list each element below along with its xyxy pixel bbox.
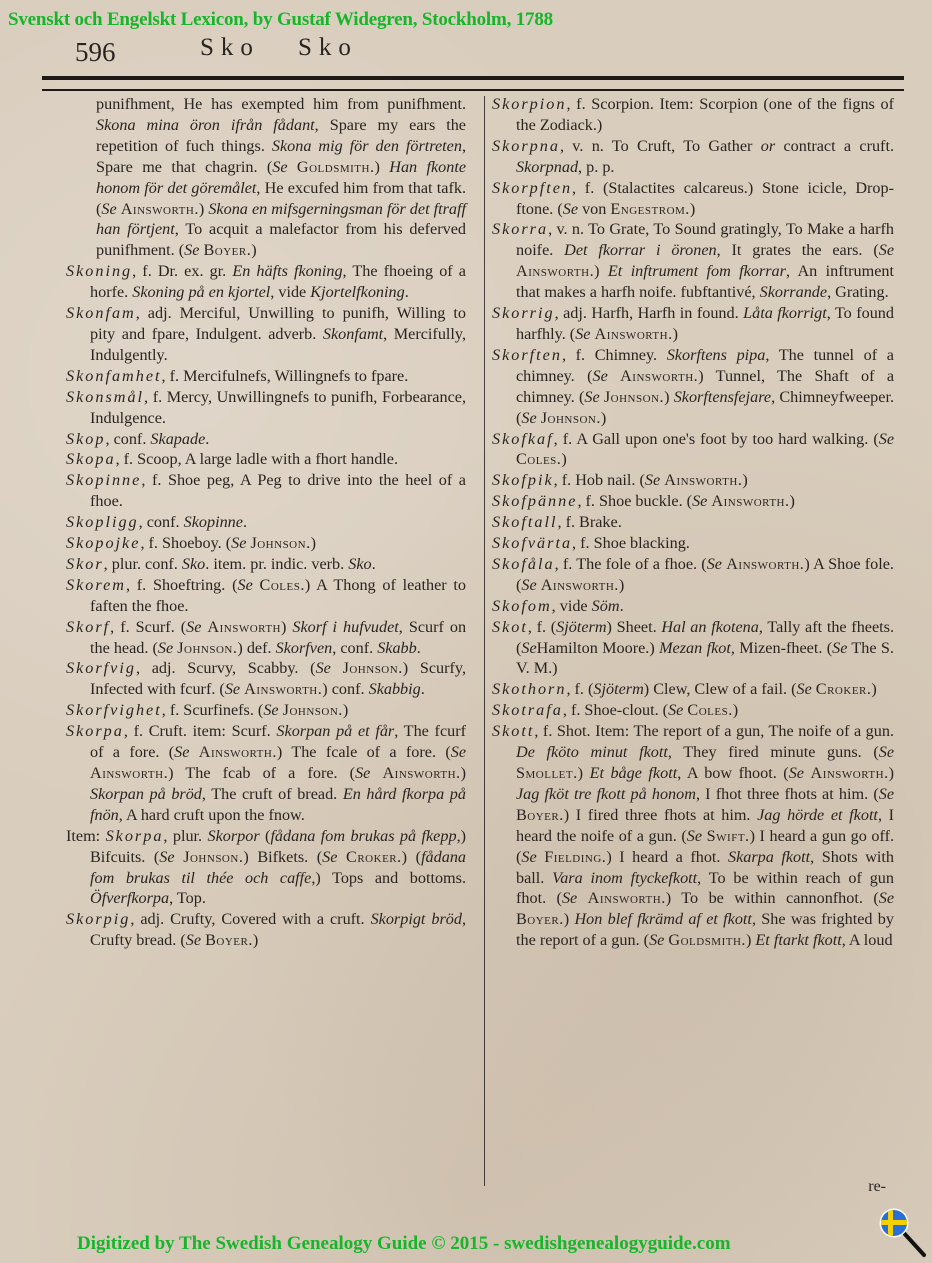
- entry-definition: , vide Söm.: [552, 597, 624, 615]
- headword: Skofåla: [492, 555, 555, 573]
- dictionary-entry: Skopa, f. Scoop, A large ladle with a fh…: [66, 449, 466, 470]
- entry-definition: , v. n. To Grate, To Sound gratingly, To…: [516, 220, 894, 301]
- catchword: re-: [868, 1178, 886, 1196]
- entry-definition: , f. Chimney. Skorftens pipa, The tunnel…: [516, 346, 894, 427]
- entry-definition: , f. Scoop, A large ladle with a fhort h…: [116, 450, 398, 468]
- headword: Skot: [492, 618, 528, 636]
- entry-definition: , plur. conf. Sko. item. pr. indic. verb…: [104, 555, 376, 573]
- dictionary-entry: Skorften, f. Chimney. Skorftens pipa, Th…: [492, 345, 894, 429]
- headword: Skorpa: [66, 722, 124, 740]
- dictionary-entry: Skofåla, f. The fole of a fhoe. (Se Ains…: [492, 554, 894, 596]
- entry-definition: , f. The fole of a fhoe. (Se Ainsworth.)…: [516, 555, 894, 594]
- dictionary-entry: Skorpion, f. Scorpion. Item: Scorpion (o…: [492, 94, 894, 136]
- entry-definition: , f. Shoe-clout. (Se Coles.): [563, 701, 738, 719]
- headword: Skorem: [66, 576, 126, 594]
- headword: Skofkaf: [492, 430, 554, 448]
- entry-definition: , f. Dr. ex. gr. En häfts fkoning, The f…: [90, 262, 466, 301]
- running-head-right-word: Sko: [298, 34, 358, 62]
- headword: Skopa: [66, 450, 116, 468]
- entry-definition: , conf. Skopinne.: [139, 513, 247, 531]
- dictionary-entry: Skofom, vide Söm.: [492, 596, 894, 617]
- entry-definition: , f. Mercifulnefs, Willingnefs to fpare.: [162, 367, 409, 385]
- dictionary-entry: Skoning, f. Dr. ex. gr. En häfts fkoning…: [66, 261, 466, 303]
- dictionary-entry: Skor, plur. conf. Sko. item. pr. indic. …: [66, 554, 466, 575]
- dictionary-entry: Skopligg, conf. Skopinne.: [66, 512, 466, 533]
- headword: Skorf: [66, 618, 110, 636]
- entry-definition: punifhment, He has exempted him from pun…: [96, 95, 466, 259]
- page-number: 596: [75, 37, 116, 68]
- headword: Skorpften: [492, 179, 572, 197]
- headword: Skofom: [492, 597, 552, 615]
- entry-definition: , f. Hob nail. (Se Ainsworth.): [554, 471, 748, 489]
- swedish-magnifier-logo-icon: [878, 1207, 928, 1259]
- headword: Skorra: [492, 220, 548, 238]
- headword: Skonfamhet: [66, 367, 162, 385]
- entry-definition: , f. Mercy, Unwillingnefs to punifh, For…: [90, 388, 466, 427]
- entry-definition: , adj. Crufty, Covered with a cruft. Sko…: [90, 910, 466, 949]
- headword: Skofpänne: [492, 492, 577, 510]
- dictionary-entry: Skoftall, f. Brake.: [492, 512, 894, 533]
- headword: Skorften: [492, 346, 562, 364]
- headword: Skonfam: [66, 304, 136, 322]
- headword: Skofpik: [492, 471, 554, 489]
- dictionary-entry: Skorem, f. Shoeftring. (Se Coles.) A Tho…: [66, 575, 466, 617]
- entry-definition: , v. n. To Cruft, To Gather or contract …: [516, 137, 894, 176]
- entry-definition: , adj. Scurvy, Scabby. (Se Johnson.) Scu…: [90, 659, 466, 698]
- entry-definition: , f. Shoeftring. (Se Coles.) A Thong of …: [90, 576, 466, 615]
- entry-definition: , f. (Stalactites calcareus.) Stone icic…: [516, 179, 894, 218]
- dictionary-entry: Skothorn, f. (Sjöterm) Clew, Clew of a f…: [492, 679, 894, 700]
- dictionary-entry: punifhment, He has exempted him from pun…: [66, 94, 466, 261]
- headword: Skop: [66, 430, 105, 448]
- headword: Skorpion: [492, 95, 566, 113]
- headword: Skonsmål: [66, 388, 144, 406]
- headword: Skorfvighet: [66, 701, 162, 719]
- headword: Skoftall: [492, 513, 557, 531]
- dictionary-entry: Skorpna, v. n. To Cruft, To Gather or co…: [492, 136, 894, 178]
- dictionary-entry: Skopinne, f. Shoe peg, A Peg to drive in…: [66, 470, 466, 512]
- source-banner: Svenskt och Engelskt Lexicon, by Gustaf …: [8, 9, 553, 31]
- headword: Skoning: [66, 262, 132, 280]
- dictionary-entry: Skorpa, f. Cruft. item: Scurf. Skorpan p…: [66, 721, 466, 826]
- column-divider: [484, 96, 485, 1186]
- headword: Skorpa: [106, 827, 164, 845]
- running-head-left-word: Sko: [200, 34, 260, 62]
- dictionary-entry: Skott, f. Shot. Item: The report of a gu…: [492, 721, 894, 951]
- dictionary-entry: Skofkaf, f. A Gall upon one's foot by to…: [492, 429, 894, 471]
- entry-prefix: Item:: [66, 827, 106, 845]
- headword: Skott: [492, 722, 534, 740]
- headword: Skopojke: [66, 534, 140, 552]
- left-column: punifhment, He has exempted him from pun…: [66, 94, 466, 951]
- dictionary-entry: Skorra, v. n. To Grate, To Sound grating…: [492, 219, 894, 303]
- right-column: Skorpion, f. Scorpion. Item: Scorpion (o…: [492, 94, 894, 951]
- headword: Skothorn: [492, 680, 566, 698]
- dictionary-entry: Skorfvig, adj. Scurvy, Scabby. (Se Johns…: [66, 658, 466, 700]
- headword: Skorfvig: [66, 659, 136, 677]
- dictionary-entry: Skopojke, f. Shoeboy. (Se Johnson.): [66, 533, 466, 554]
- entry-definition: , f. Shoe blacking.: [572, 534, 690, 552]
- digitized-footer: Digitized by The Swedish Genealogy Guide…: [77, 1233, 731, 1255]
- entry-definition: , f. Scurf. (Se Ainsworth) Skorf i hufvu…: [90, 618, 466, 657]
- header-rule: [42, 76, 904, 91]
- headword: Skofvärta: [492, 534, 572, 552]
- headword: Skorpna: [492, 137, 560, 155]
- dictionary-entry: Skop, conf. Skapade.: [66, 429, 466, 450]
- entry-definition: , f. A Gall upon one's foot by too hard …: [516, 430, 894, 469]
- headword: Skopinne: [66, 471, 141, 489]
- dictionary-entry: Skonfam, adj. Merciful, Unwilling to pun…: [66, 303, 466, 366]
- entry-definition: , f. Brake.: [557, 513, 621, 531]
- dictionary-entry: Skofvärta, f. Shoe blacking.: [492, 533, 894, 554]
- dictionary-entry: Skotrafa, f. Shoe-clout. (Se Coles.): [492, 700, 894, 721]
- entry-definition: , f. Shoe peg, A Peg to drive into the h…: [90, 471, 466, 510]
- entry-definition: , f. Shoe buckle. (Se Ainsworth.): [577, 492, 795, 510]
- entry-definition: , f. Cruft. item: Scurf. Skorpan på et f…: [90, 722, 466, 824]
- headword: Skor: [66, 555, 104, 573]
- dictionary-entry: Skorf, f. Scurf. (Se Ainsworth) Skorf i …: [66, 617, 466, 659]
- entry-definition: , f. (Sjöterm) Clew, Clew of a fail. (Se…: [566, 680, 876, 698]
- dictionary-entry: Skorrig, adj. Harfh, Harfh in found. Låt…: [492, 303, 894, 345]
- dictionary-entry: Skonfamhet, f. Mercifulnefs, Willingnefs…: [66, 366, 466, 387]
- entry-definition: , f. (Sjöterm) Sheet. Hal an fkotena, Ta…: [516, 618, 894, 678]
- dictionary-entry: Skot, f. (Sjöterm) Sheet. Hal an fkotena…: [492, 617, 894, 680]
- headword: Skorrig: [492, 304, 555, 322]
- headword: Skotrafa: [492, 701, 563, 719]
- dictionary-entry: Skorpften, f. (Stalactites calcareus.) S…: [492, 178, 894, 220]
- entry-definition: , conf. Skapade.: [105, 430, 209, 448]
- dictionary-entry: Item: Skorpa, plur. Skorpor (fådana fom …: [66, 826, 466, 910]
- entry-definition: , adj. Merciful, Unwilling to punifh, Wi…: [90, 304, 466, 364]
- entry-definition: , adj. Harfh, Harfh in found. Låta fkorr…: [516, 304, 894, 343]
- running-head: 596 Sko Sko: [0, 34, 932, 74]
- entry-definition: , f. Scorpion. Item: Scorpion (one of th…: [516, 95, 894, 134]
- dictionary-entry: Skofpänne, f. Shoe buckle. (Se Ainsworth…: [492, 491, 894, 512]
- dictionary-entry: Skorfvighet, f. Scurfinefs. (Se Johnson.…: [66, 700, 466, 721]
- entry-definition: , f. Scurfinefs. (Se Johnson.): [162, 701, 349, 719]
- entry-definition: , f. Shot. Item: The report of a gun, Th…: [516, 722, 894, 949]
- entry-definition: , f. Shoeboy. (Se Johnson.): [140, 534, 316, 552]
- dictionary-entry: Skonsmål, f. Mercy, Unwillingnefs to pun…: [66, 387, 466, 429]
- headword: Skorpig: [66, 910, 130, 928]
- dictionary-entry: Skofpik, f. Hob nail. (Se Ainsworth.): [492, 470, 894, 491]
- headword: Skopligg: [66, 513, 139, 531]
- dictionary-entry: Skorpig, adj. Crufty, Covered with a cru…: [66, 909, 466, 951]
